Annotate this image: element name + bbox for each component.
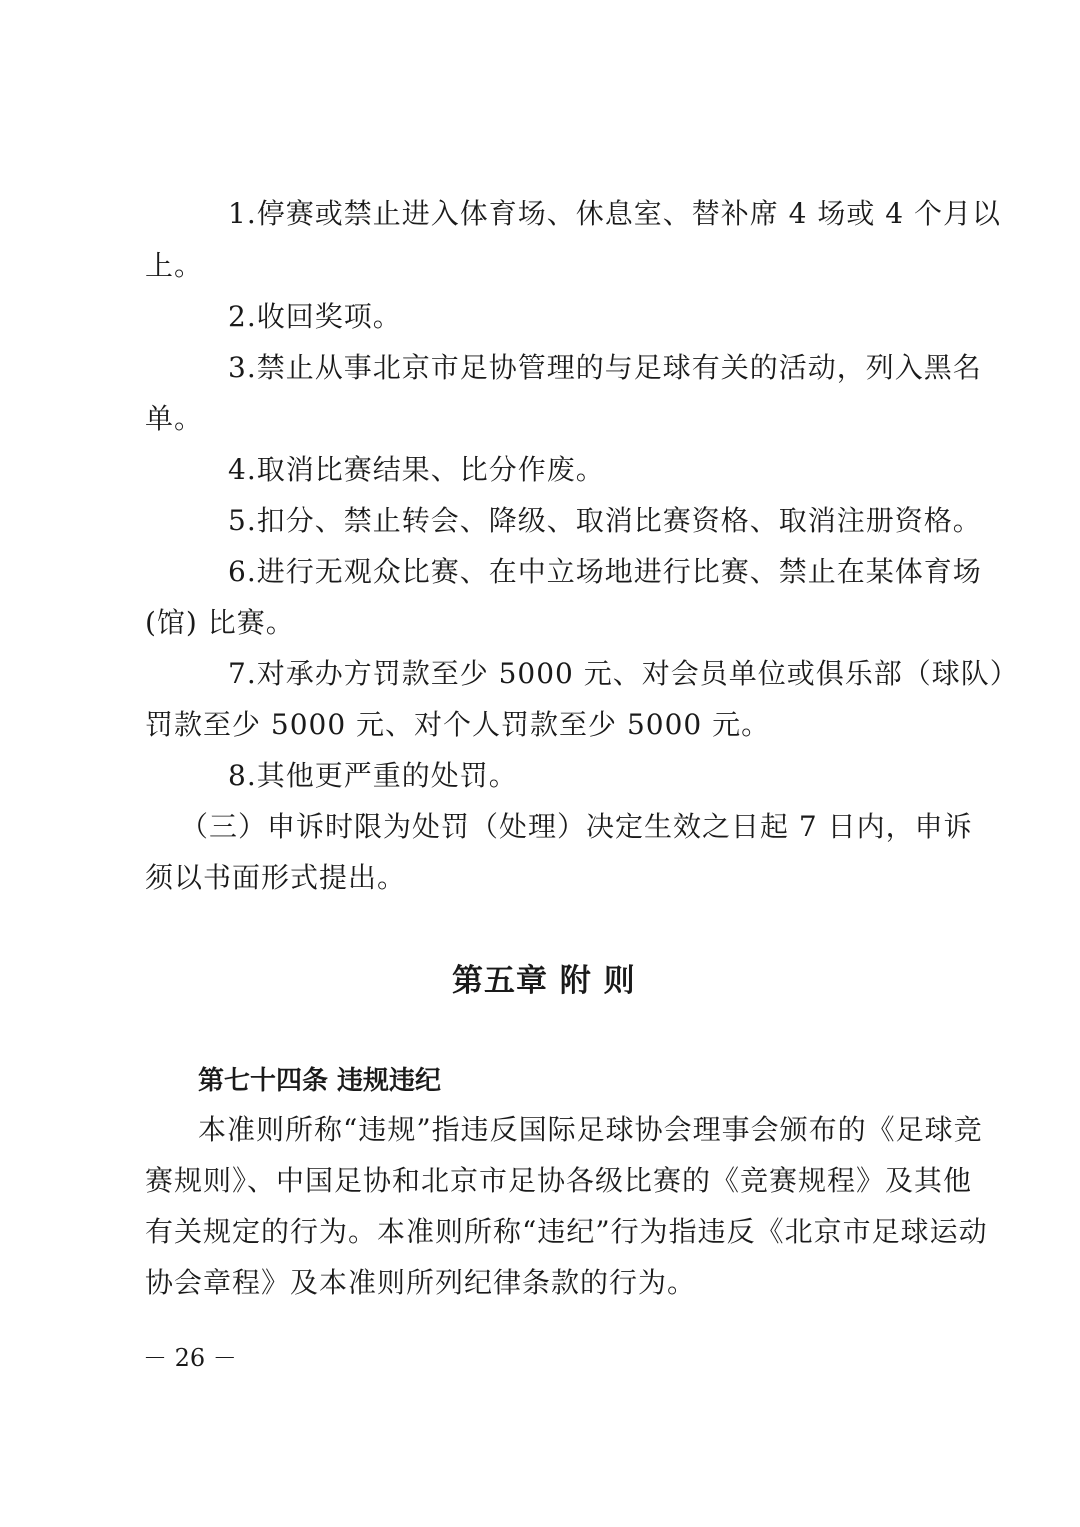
text-line: 本准则所称“违规”指违反国际足球协会理事会颁布的《足球竞 — [198, 1113, 983, 1147]
text-line: 须以书面形式提出。 — [145, 861, 406, 895]
article-heading: 第七十四条 违规违纪 — [198, 1060, 441, 1097]
text-line: 2.收回奖项。 — [228, 300, 402, 334]
text-line: 7.对承办方罚款至少 5000 元、对会员单位或俱乐部（球队） — [228, 657, 1019, 691]
text-line: 赛规则》、中国足协和北京市足协各级比赛的《竞赛规程》及其他 — [145, 1164, 972, 1198]
text-line: 单。 — [145, 402, 203, 436]
text-line: 3.禁止从事北京市足协管理的与足球有关的活动，列入黑名 — [228, 351, 982, 385]
text-line: (馆) 比赛。 — [145, 606, 295, 640]
text-line: 4.取消比赛结果、比分作废。 — [228, 453, 605, 487]
text-line: 上。 — [145, 249, 203, 283]
text-line: 协会章程》及本准则所列纪律条款的行为。 — [145, 1266, 696, 1300]
text-line: 5.扣分、禁止转会、降级、取消比赛资格、取消注册资格。 — [228, 504, 982, 538]
text-line: 8.其他更严重的处罚。 — [228, 759, 518, 793]
chapter-heading: 第五章 附 则 — [452, 955, 636, 1000]
text-line: 罚款至少 5000 元、对个人罚款至少 5000 元。 — [145, 708, 770, 742]
text-line: 1.停赛或禁止进入体育场、休息室、替补席 4 场或 4 个月以 — [228, 197, 1001, 231]
page-number: － 26 － — [143, 1338, 237, 1373]
text-line: 有关规定的行为。本准则所称“违纪”行为指违反《北京市足球运动 — [145, 1215, 988, 1249]
text-line: （三）申诉时限为处罚（处理）决定生效之日起 7 日内，申诉 — [180, 810, 973, 844]
text-line: 6.进行无观众比赛、在中立场地进行比赛、禁止在某体育场 — [228, 555, 982, 589]
